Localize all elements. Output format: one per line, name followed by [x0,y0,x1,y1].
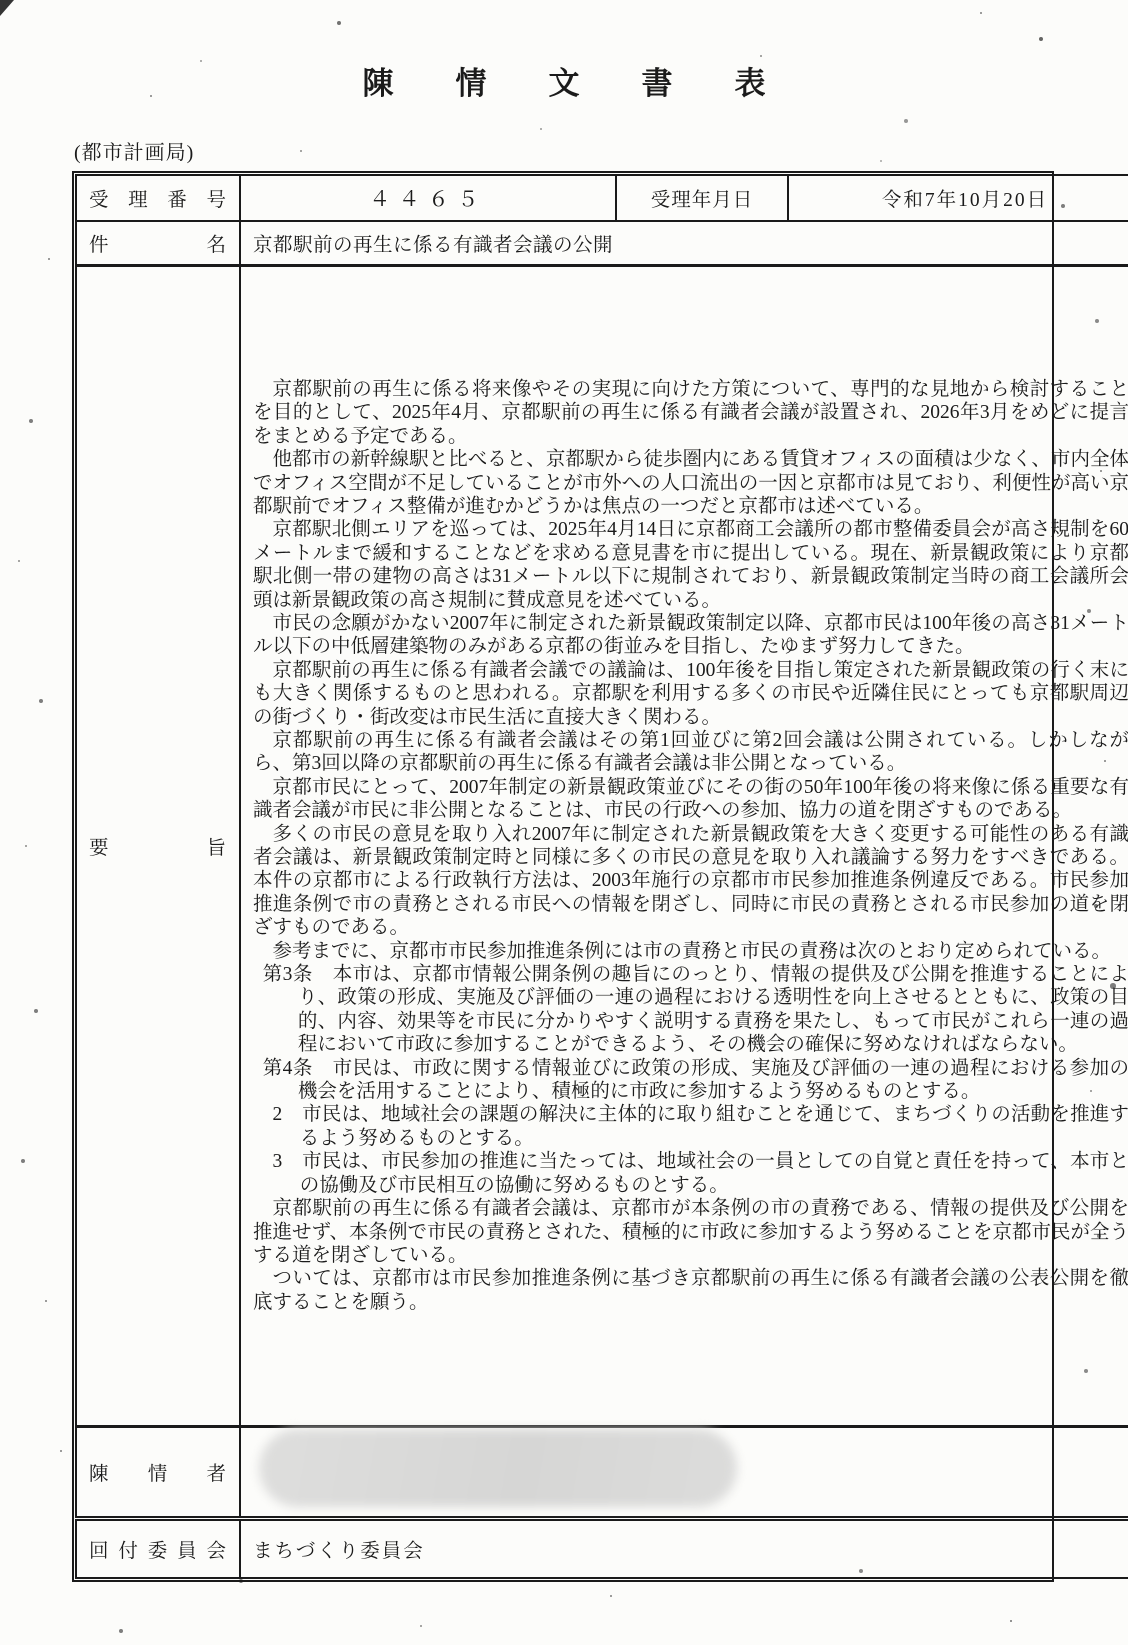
receipt-row: 受理番号 ４４６５ 受理年月日 令和7年10月20日 [76,175,1128,221]
committee-value: まちづくり委員会 [240,1519,1128,1579]
summary-paragraph: 他都市の新幹線駅と比べると、京都駅から徒歩圏内にある賃貸オフィスの面積は少なく、… [253,448,1128,518]
redaction-blob [259,1429,737,1507]
summary-row: 要旨 京都駅前の再生に係る将来像やその実現に向けた方策について、専門的な見地から… [76,266,1128,1427]
page-title: 陳情文書表 [0,58,1128,103]
summary-paragraph: 3 市民は、市民参加の推進に当たっては、地域社会の一員としての自覚と責任を持って… [253,1150,1128,1197]
scan-noise-speckles [0,0,2,2]
summary-text: 京都駅前の再生に係る将来像やその実現に向けた方策について、専門的な見地から検討す… [240,266,1128,1427]
summary-paragraph: 京都駅前の再生に係る有識者会議は、京都市が本条例の市の責務である、情報の提供及び… [253,1197,1128,1267]
summary-paragraph: 京都駅前の再生に係る有識者会議はその第1回並びに第2回会議は公開されている。しか… [253,729,1128,776]
summary-paragraph: 多くの市民の意見を取り入れ2007年に制定された新景観政策を大きく変更する可能性… [253,823,1128,940]
bureau-name: (都市計画局) [74,136,194,165]
receipt-number-value: ４４６５ [240,175,616,221]
petitioner-label-cell: 陳情者 [76,1427,240,1519]
committee-label: 回付委員会 [89,1535,227,1563]
petitioner-value-cell [240,1427,1128,1519]
petition-document-table: 受理番号 ４４６５ 受理年月日 令和7年10月20日 件名 京都駅前の再生に係る… [72,171,1054,1582]
petitioner-row: 陳情者 [76,1427,1128,1519]
summary-paragraph: 京都駅北側エリアを巡っては、2025年4月14日に京都商工会議所の都市整備委員会… [253,518,1128,612]
receipt-date-value: 令和7年10月20日 [788,175,1128,221]
receipt-date-label: 受理年月日 [616,175,788,221]
summary-label: 要旨 [89,832,227,860]
committee-row: 回付委員会 まちづくり委員会 [76,1519,1128,1579]
subject-row: 件名 京都駅前の再生に係る有識者会議の公開 [76,221,1128,266]
subject-label: 件名 [89,229,227,257]
summary-paragraph: 京都駅前の再生に係る有識者会議での議論は、100年後を目指し策定された新景観政策… [253,659,1128,729]
summary-paragraph: 2 市民は、地域社会の課題の解決に主体的に取り組むことを通じて、まちづくりの活動… [253,1103,1128,1150]
summary-paragraph: ついては、京都市は市民参加推進条例に基づき京都駅前の再生に係る有識者会議の公表公… [253,1267,1128,1314]
receipt-number-label: 受理番号 [89,184,227,212]
petitioner-label: 陳情者 [89,1458,227,1486]
committee-label-cell: 回付委員会 [76,1519,240,1579]
summary-paragraph: 第3条 本市は、京都市情報公開条例の趣旨にのっとり、情報の提供及び公開を推進する… [253,963,1128,1057]
summary-paragraph: 京都駅前の再生に係る将来像やその実現に向けた方策について、専門的な見地から検討す… [253,378,1128,448]
summary-paragraph: 第4条 市民は、市政に関する情報並びに政策の形成、実施及び評価の一連の過程におけ… [253,1057,1128,1104]
subject-value: 京都駅前の再生に係る有識者会議の公開 [240,221,1128,266]
summary-label-cell: 要旨 [76,266,240,1427]
scan-corner-mark [0,0,14,16]
summary-paragraph: 京都市民にとって、2007年制定の新景観政策並びにその街の50年100年後の将来… [253,776,1128,823]
subject-label-cell: 件名 [76,221,240,266]
summary-paragraph: 参考までに、京都市市民参加推進条例には市の責務と市民の責務は次のとおり定められて… [253,940,1128,963]
summary-paragraph: 市民の念願がかない2007年に制定された新景観政策制定以降、京都市民は100年後… [253,612,1128,659]
receipt-number-label-cell: 受理番号 [76,175,240,221]
